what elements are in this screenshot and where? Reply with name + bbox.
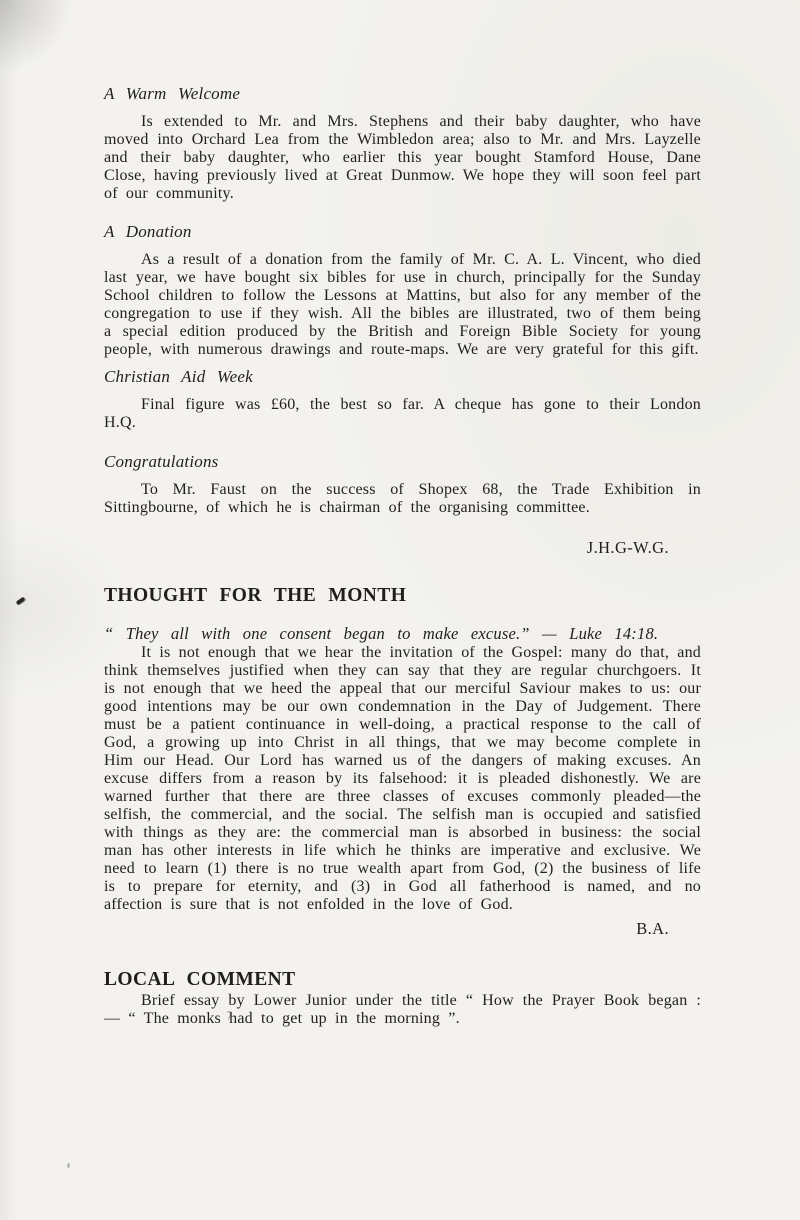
warm-welcome-heading: A Warm Welcome	[104, 84, 701, 104]
warm-welcome-paragraph: Is extended to Mr. and Mrs. Stephens and…	[104, 113, 701, 203]
congratulations-heading: Congratulations	[104, 452, 701, 472]
thought-scripture-quote: “ They all with one consent began to mak…	[104, 624, 701, 644]
section-warm-welcome: A Warm Welcome Is extended to Mr. and Mr…	[104, 84, 701, 203]
magazine-page: ⁊ A Warm Welcome Is extended to Mr. and …	[0, 0, 800, 1220]
local-comment-paragraph: Brief essay by Lower Junior under the ti…	[104, 992, 701, 1028]
donation-heading: A Donation	[104, 222, 701, 242]
christian-aid-week-paragraph: Final figure was £60, the best so far. A…	[104, 396, 701, 432]
section-donation: A Donation As a result of a donation fro…	[104, 222, 701, 359]
thought-heading: THOUGHT FOR THE MONTH	[104, 584, 701, 608]
section-christian-aid-week: Christian Aid Week Final figure was £60,…	[104, 367, 701, 432]
section-local-comment: LOCAL COMMENT Brief essay by Lower Junio…	[104, 968, 701, 1028]
notes-signature-initials: J.H.G-W.G.	[104, 539, 701, 557]
ink-speck-artifact	[16, 597, 26, 605]
section-congratulations: Congratulations To Mr. Faust on the succ…	[104, 452, 701, 517]
donation-paragraph: As a result of a donation from the famil…	[104, 251, 701, 359]
congratulations-paragraph: To Mr. Faust on the success of Shopex 68…	[104, 481, 701, 517]
section-thought-for-the-month: THOUGHT FOR THE MONTH “ They all with on…	[104, 584, 701, 938]
page-content: A Warm Welcome Is extended to Mr. and Mr…	[104, 0, 701, 1028]
scan-dot-artifact	[67, 1163, 70, 1168]
christian-aid-week-heading: Christian Aid Week	[104, 367, 701, 387]
thought-paragraph: It is not enough that we hear the invita…	[104, 644, 701, 914]
thought-signature-initials: B.A.	[104, 920, 701, 938]
local-comment-heading: LOCAL COMMENT	[104, 968, 701, 992]
